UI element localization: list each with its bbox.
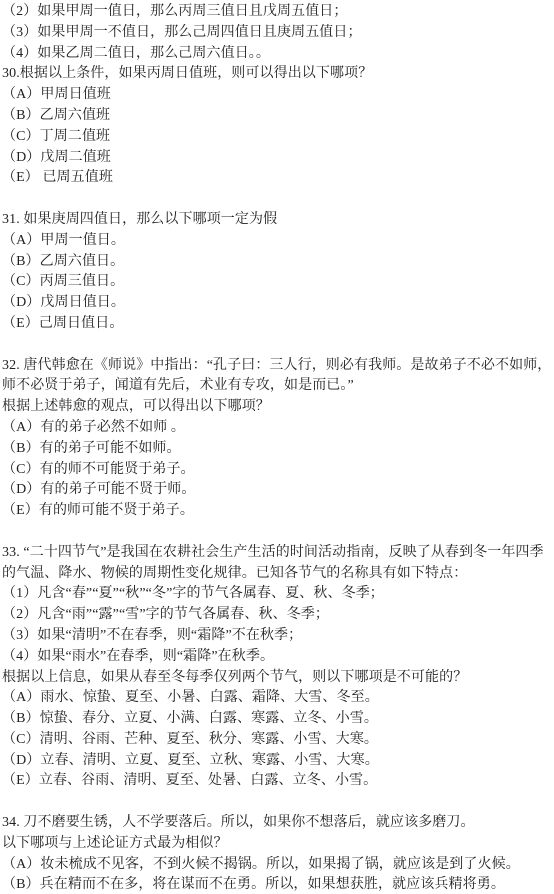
document-line: （A）雨水、惊蛰、夏至、小暑、白露、霜降、大雪、冬至。 [2, 688, 554, 709]
question-33: 33. “二十四节气”是我国在农耕社会生产生活的时间活动指南，反映了从春到冬一年… [2, 543, 554, 793]
document-line: （3）如果“清明”不在春季，则“霜降”不在秋季； [2, 626, 554, 647]
document-line: （A）甲周一值日。 [2, 231, 554, 252]
document-line: （C）丁周二值班 [2, 127, 554, 148]
document-line: （B）乙周六值班 [2, 106, 554, 127]
document-line: （B）乙周六值日。 [2, 252, 554, 273]
document-line: 的气温、降水、物候的周期性变化规律。已知各节气的名称具有如下特点： [2, 564, 554, 585]
document-line: （E）立春、谷雨、清明、夏至、处暑、白露、立冬、小雪。 [2, 771, 554, 792]
document-line: （A）甲周日值班 [2, 85, 554, 106]
question-34: 34. 刀不磨要生锈，人不学要落后。所以，如果你不想落后，就应该多磨刀。以下哪项… [2, 813, 554, 894]
document-line: 31. 如果庚周四值日，那么以下哪项一定为假 [2, 210, 554, 231]
document-line: （4）如果“雨水”在春季，则“霜降”在秋季。 [2, 647, 554, 668]
document-line: （2）凡含“雨”“露”“雪”字的节气各属春、秋、冬季； [2, 605, 554, 626]
document-line: （B）惊蛰、春分、立夏、小满、白露、寒露、立冬、小雪。 [2, 709, 554, 730]
question-31: 31. 如果庚周四值日，那么以下哪项一定为假（A）甲周一值日。（B）乙周六值日。… [2, 210, 554, 335]
document-line: （C）丙周三值日。 [2, 272, 554, 293]
document-line: （C）清明、谷雨、芒种、夏至、秋分、寒露、小雪、大寒。 [2, 730, 554, 751]
question-32: 32. 唐代韩愈在《师说》中指出：“孔子曰：三人行，则必有我师。是故弟子不必不如… [2, 356, 554, 522]
document-line: （B）兵在精而不在多，将在谋而不在勇。所以，如果想获胜，就应该兵精将勇。 [2, 875, 554, 894]
document-line: （3）如果甲周一不值日，那么己周四值日且庚周五值日； [2, 23, 554, 44]
document-line: 30.根据以上条件，如果丙周日值班，则可以得出以下哪项？ [2, 64, 554, 85]
document-page: （2）如果甲周一值日，那么丙周三值日且戊周五值日；（3）如果甲周一不值日，那么己… [0, 0, 554, 894]
document-line: （D）戊周二值班 [2, 148, 554, 169]
document-line: 以下哪项与上述论证方式最为相似？ [2, 834, 554, 855]
document-line: （C）有的师不可能贤于弟子。 [2, 460, 554, 481]
document-line: （D）戊周日值日。 [2, 293, 554, 314]
document-line: （E）有的师可能不贤于弟子。 [2, 501, 554, 522]
document-line: （D）立春、清明、立夏、夏至、立秋、寒露、小雪、大寒。 [2, 751, 554, 772]
document-line: 34. 刀不磨要生锈，人不学要落后。所以，如果你不想落后，就应该多磨刀。 [2, 813, 554, 834]
document-line: （B）有的弟子可能不如师。 [2, 439, 554, 460]
document-line: 33. “二十四节气”是我国在农耕社会生产生活的时间活动指南，反映了从春到冬一年… [2, 543, 554, 564]
document-body: （2）如果甲周一值日，那么丙周三值日且戊周五值日；（3）如果甲周一不值日，那么己… [2, 2, 554, 894]
document-line: 师不必贤于弟子，闻道有先后，术业有专攻，如是而已。” [2, 376, 554, 397]
document-line: （A）妆未梳成不见客，不到火候不揭锅。所以，如果揭了锅，就应该是到了火候。 [2, 855, 554, 876]
document-line: （E） 已周五值班 [2, 168, 554, 189]
document-line: （2）如果甲周一值日，那么丙周三值日且戊周五值日； [2, 2, 554, 23]
document-line: 根据以上信息，如果从春至冬每季仅列两个节气，则以下哪项是不可能的？ [2, 668, 554, 689]
document-line: （E）己周日值日。 [2, 314, 554, 335]
document-line: （4）如果乙周二值日，那么己周六值日。。 [2, 44, 554, 65]
document-line: （D）有的弟子可能不贤于师。 [2, 480, 554, 501]
question-30-with-conditions: （2）如果甲周一值日，那么丙周三值日且戊周五值日；（3）如果甲周一不值日，那么己… [2, 2, 554, 189]
document-line: （A）有的弟子必然不如师 。 [2, 418, 554, 439]
document-line: 根据上述韩愈的观点，可以得出以下哪项？ [2, 397, 554, 418]
document-line: （1）凡含“春”“夏”“秋”“冬”字的节气各属春、夏、秋、冬季； [2, 584, 554, 605]
document-line: 32. 唐代韩愈在《师说》中指出：“孔子曰：三人行，则必有我师。是故弟子不必不如… [2, 356, 554, 377]
